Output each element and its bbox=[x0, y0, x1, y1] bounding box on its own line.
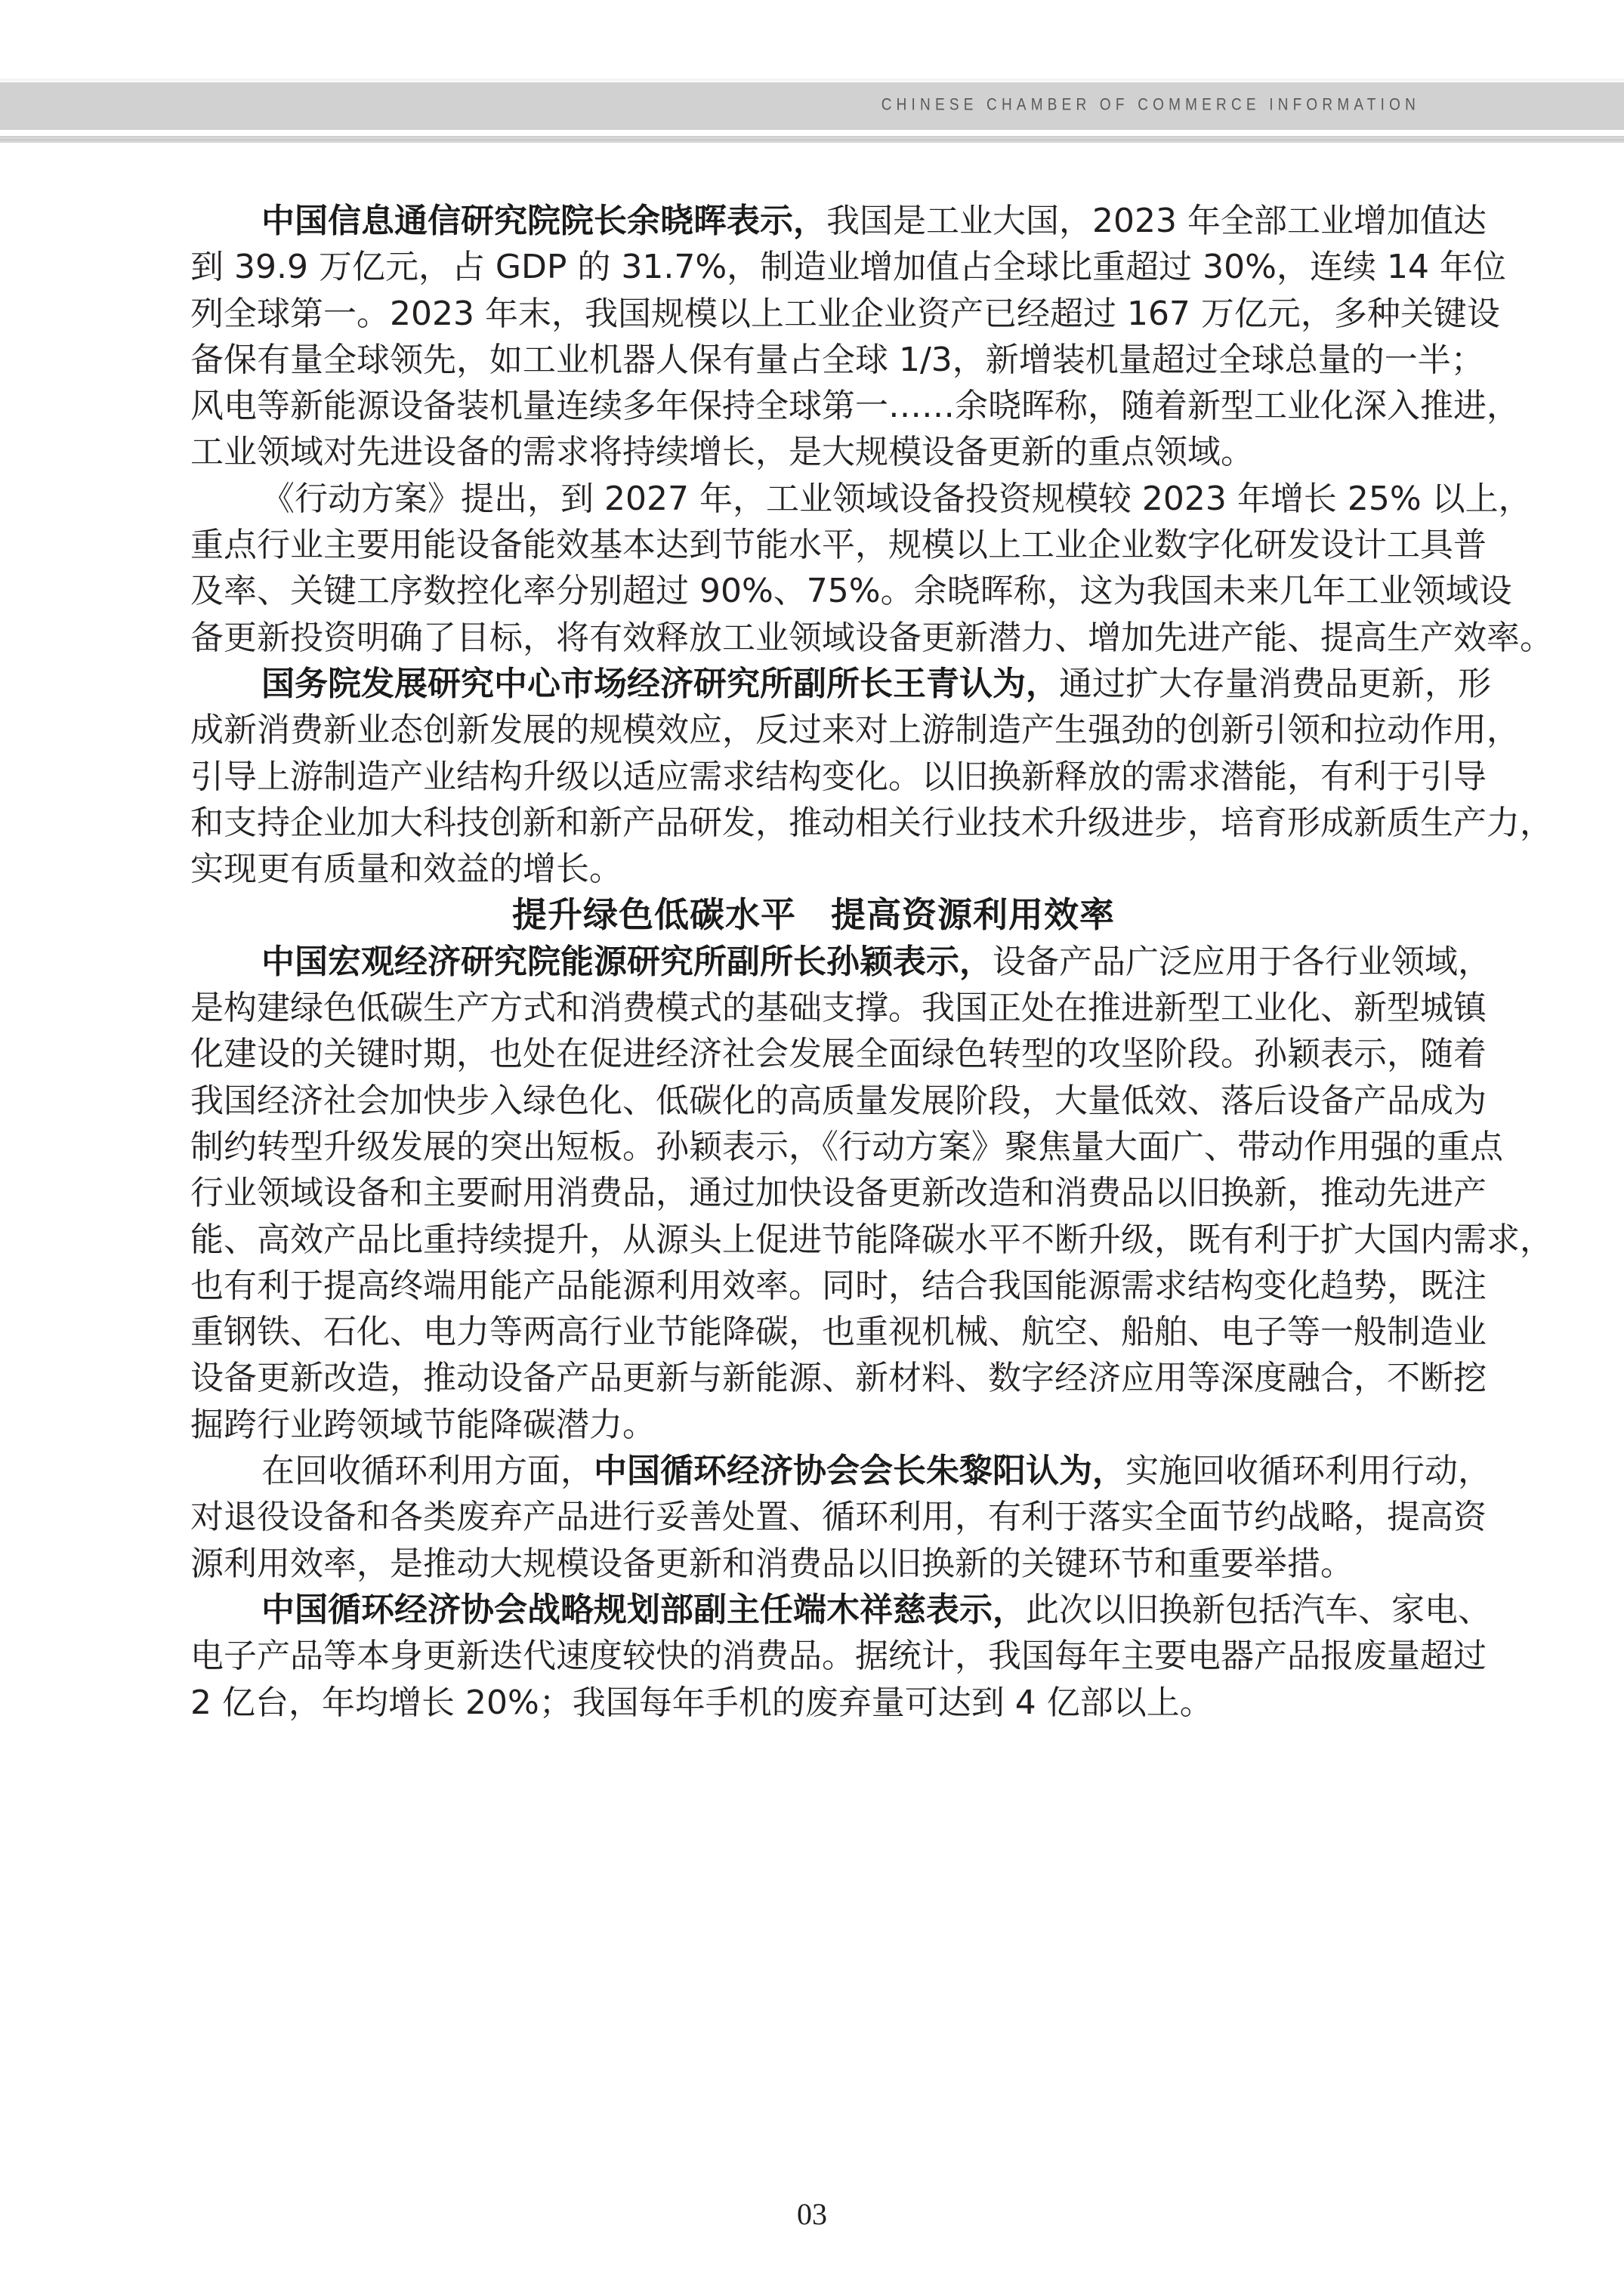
speaker-lead: 中国循环经济协会战略规划部副主任端木祥慈表示， bbox=[261, 1591, 1026, 1629]
article-body: 中国信息通信研究院院长余晓晖表示，我国是工业大国，2023 年全部工业增加值达 … bbox=[190, 198, 1437, 1726]
text-line: 2 亿台，年均增长 20%；我国每年手机的废弃量可达到 4 亿部以上。 bbox=[190, 1680, 1437, 1726]
text-line: 风电等新能源设备装机量连续多年保持全球第一……余晓晖称，随着新型工业化深入推进， bbox=[190, 383, 1437, 429]
text-line: 和支持企业加大科技创新和新产品研发，推动相关行业技术升级进步，培育形成新质生产力… bbox=[190, 800, 1437, 846]
paragraph-wang-qing: 国务院发展研究中心市场经济研究所副所长王青认为，通过扩大存量消费品更新，形 成新… bbox=[190, 661, 1437, 892]
text-line: 行业领域设备和主要耐用消费品，通过加快设备更新改造和消费品以旧换新，推动先进产 bbox=[190, 1170, 1437, 1216]
text-line: 是构建绿色低碳生产方式和消费模式的基础支撑。我国正处在推进新型工业化、新型城镇 bbox=[190, 985, 1437, 1031]
text-line: 掘跨行业跨领域节能降碳潜力。 bbox=[190, 1402, 1437, 1448]
text-line: 电子产品等本身更新迭代速度较快的消费品。据统计，我国每年主要电器产品报废量超过 bbox=[190, 1633, 1437, 1679]
text-line: 实现更有质量和效益的增长。 bbox=[190, 846, 1437, 892]
text-line: 重点行业主要用能设备能效基本达到节能水平，规模以上工业企业数字化研发设计工具普 bbox=[190, 522, 1437, 568]
text-line: 重钢铁、石化、电力等两高行业节能降碳，也重视机械、航空、船舶、电子等一般制造业 bbox=[190, 1309, 1437, 1355]
text-line: 中国循环经济协会战略规划部副主任端木祥慈表示，此次以旧换新包括汽车、家电、 bbox=[190, 1587, 1437, 1633]
text-line: 及率、关键工序数控化率分别超过 90%、75%。余晓晖称，这为我国未来几年工业领… bbox=[190, 568, 1437, 614]
publication-title: CHINESE CHAMBER OF COMMERCE INFORMATION bbox=[881, 96, 1420, 115]
text-line: 对退役设备和各类废弃产品进行妥善处置、循环利用，有利于落实全面节约战略，提高资 bbox=[190, 1494, 1437, 1540]
text-line: 列全球第一。2023 年末，我国规模以上工业企业资产已经超过 167 万亿元，多… bbox=[190, 291, 1437, 337]
speaker-lead: 中国宏观经济研究院能源研究所副所长孙颖表示， bbox=[261, 943, 993, 981]
text-line: 工业领域对先进设备的需求将持续增长，是大规模设备更新的重点领域。 bbox=[190, 429, 1437, 475]
paragraph-action-plan: 《行动方案》提出，到 2027 年，工业领域设备投资规模较 2023 年增长 2… bbox=[190, 476, 1437, 661]
text-line: 在回收循环利用方面，中国循环经济协会会长朱黎阳认为，实施回收循环利用行动， bbox=[190, 1448, 1437, 1494]
header-top-rule bbox=[0, 79, 1624, 81]
paragraph-sun-ying: 中国宏观经济研究院能源研究所副所长孙颖表示，设备产品广泛应用于各行业领域， 是构… bbox=[190, 939, 1437, 1448]
text-line: 化建设的关键时期，也处在促进经济社会发展全面绿色转型的攻坚阶段。孙颖表示，随着 bbox=[190, 1031, 1437, 1077]
text-line: 国务院发展研究中心市场经济研究所副所长王青认为，通过扩大存量消费品更新，形 bbox=[190, 661, 1437, 707]
section-heading: 提升绿色低碳水平提高资源利用效率 bbox=[190, 892, 1437, 938]
text-line: 也有利于提高终端用能产品能源利用效率。同时，结合我国能源需求结构变化趋势，既注 bbox=[190, 1263, 1437, 1309]
text-line: 成新消费新业态创新发展的规模效应，反过来对上游制造产生强劲的创新引领和拉动作用， bbox=[190, 707, 1437, 753]
page-number: 03 bbox=[0, 2196, 1624, 2232]
text-line: 备更新投资明确了目标，将有效释放工业领域设备更新潜力、增加先进产能、提高生产效率… bbox=[190, 615, 1437, 661]
speaker-lead: 中国循环经济协会会长朱黎阳认为， bbox=[594, 1452, 1125, 1490]
paragraph-zhu-liyang: 在回收循环利用方面，中国循环经济协会会长朱黎阳认为，实施回收循环利用行动， 对退… bbox=[190, 1448, 1437, 1587]
speaker-lead: 中国信息通信研究院院长余晓晖表示， bbox=[261, 202, 826, 240]
text-line: 制约转型升级发展的突出短板。孙颖表示，《行动方案》聚焦量大面广、带动作用强的重点 bbox=[190, 1124, 1437, 1170]
text-line: 中国宏观经济研究院能源研究所副所长孙颖表示，设备产品广泛应用于各行业领域， bbox=[190, 939, 1437, 985]
paragraph-duanmu-xiangci: 中国循环经济协会战略规划部副主任端木祥慈表示，此次以旧换新包括汽车、家电、 电子… bbox=[190, 1587, 1437, 1726]
text-line: 引导上游制造产业结构升级以适应需求结构变化。以旧换新释放的需求潜能，有利于引导 bbox=[190, 754, 1437, 800]
text-line: 源利用效率，是推动大规模设备更新和消费品以旧换新的关键环节和重要举措。 bbox=[190, 1541, 1437, 1587]
text-line: 《行动方案》提出，到 2027 年，工业领域设备投资规模较 2023 年增长 2… bbox=[190, 476, 1437, 522]
text-line: 能、高效产品比重持续提升，从源头上促进节能降碳水平不断升级，既有利于扩大国内需求… bbox=[190, 1217, 1437, 1263]
text-line: 备保有量全球领先，如工业机器人保有量占全球 1/3，新增装机量超过全球总量的一半… bbox=[190, 337, 1437, 383]
speaker-lead: 国务院发展研究中心市场经济研究所副所长王青认为， bbox=[261, 665, 1059, 703]
header-underline-rule bbox=[0, 136, 1624, 143]
text-line: 我国经济社会加快步入绿色化、低碳化的高质量发展阶段，大量低效、落后设备产品成为 bbox=[190, 1078, 1437, 1124]
text-line: 中国信息通信研究院院长余晓晖表示，我国是工业大国，2023 年全部工业增加值达 bbox=[190, 198, 1437, 244]
text-line: 设备更新改造，推动设备产品更新与新能源、新材料、数字经济应用等深度融合，不断挖 bbox=[190, 1355, 1437, 1401]
text-line: 到 39.9 万亿元，占 GDP 的 31.7%，制造业增加值占全球比重超过 3… bbox=[190, 244, 1437, 290]
paragraph-yu-xiaohui: 中国信息通信研究院院长余晓晖表示，我国是工业大国，2023 年全部工业增加值达 … bbox=[190, 198, 1437, 476]
